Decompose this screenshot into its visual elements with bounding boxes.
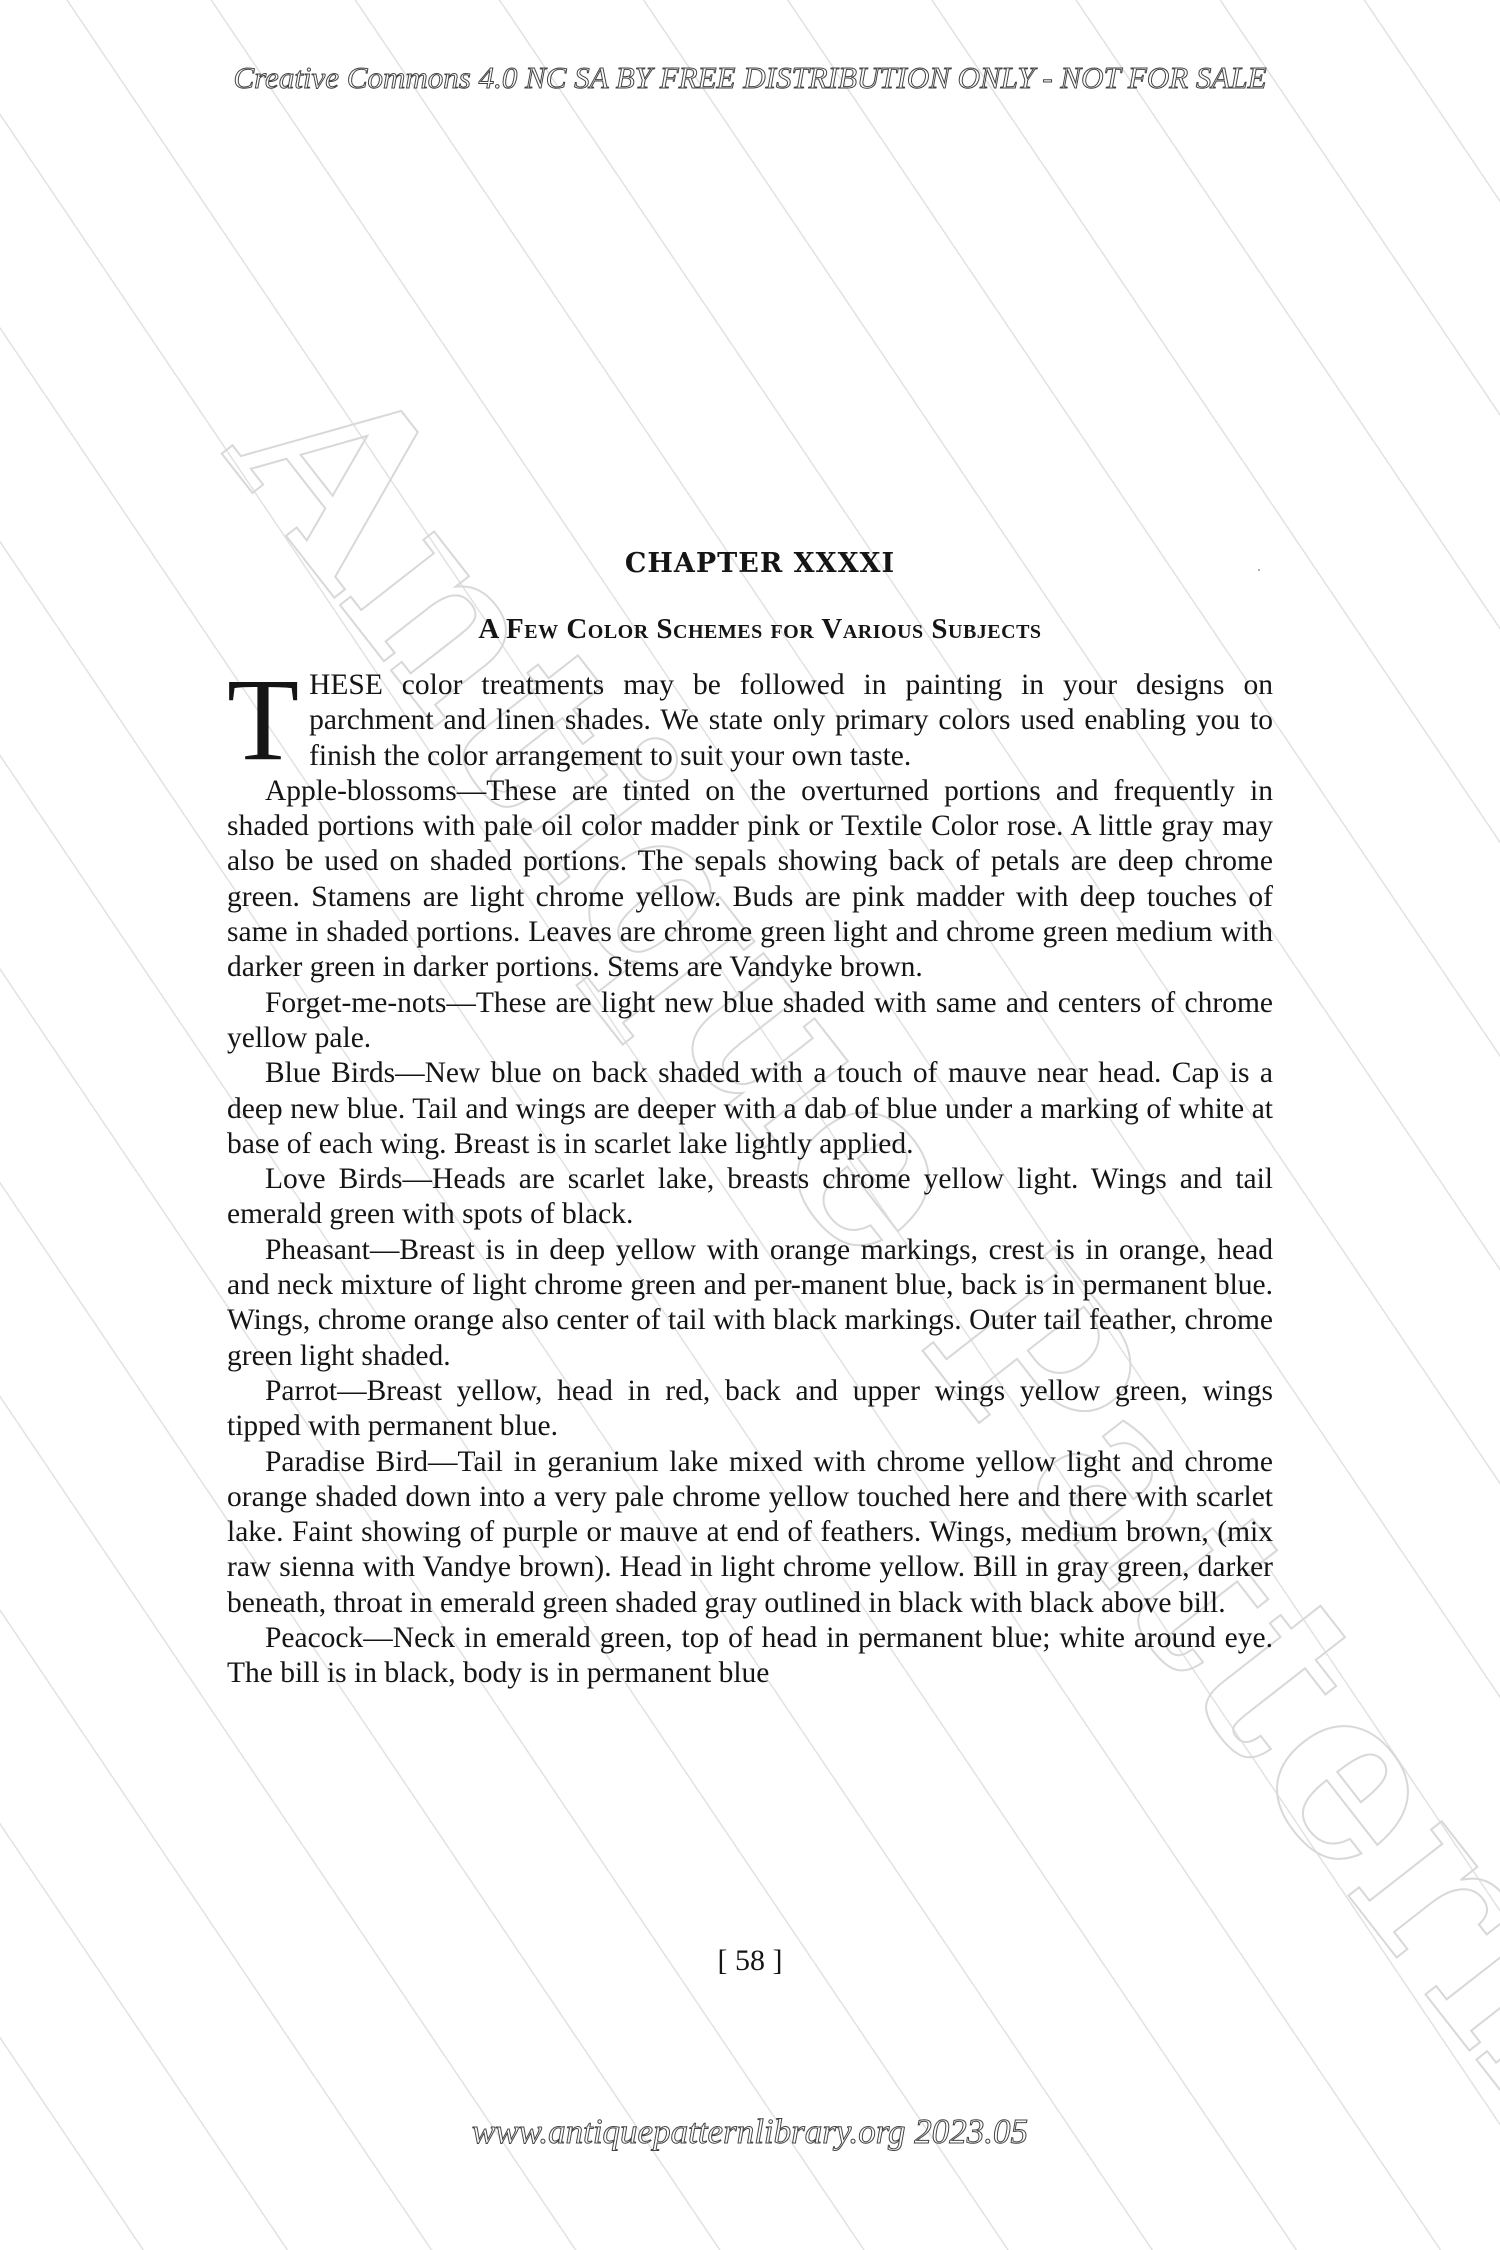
license-notice: Creative Commons 4.0 NC SA BY FREE DISTR… [0, 60, 1500, 96]
paragraph-paradise-bird: Paradise Bird—Tail in geranium lake mixe… [227, 1445, 1273, 1621]
paragraph-pheasant: Pheasant—Breast is in deep yellow with o… [227, 1233, 1273, 1374]
paragraph-peacock: Peacock—Neck in emerald green, top of he… [227, 1621, 1273, 1692]
drop-cap: T [227, 674, 299, 766]
scan-speck [1232, 1574, 1234, 1576]
paragraph-blue-birds: Blue Birds—New blue on back shaded with … [227, 1056, 1273, 1162]
page-content: CHAPTER XXXXI A Few Color Schemes for Va… [227, 548, 1273, 1692]
paragraph-parrot: Parrot—Breast yellow, head in red, back … [227, 1374, 1273, 1445]
intro-text: HESE color treatments may be followed in… [309, 669, 1273, 772]
paragraph-apple-blossoms: Apple-blossoms—These are tinted on the o… [227, 774, 1273, 986]
body-text: THESE color treatments may be followed i… [227, 668, 1273, 1692]
paragraph-forget-me-nots: Forget-me-nots—These are light new blue … [227, 986, 1273, 1057]
intro-paragraph: THESE color treatments may be followed i… [227, 668, 1273, 774]
scan-speck [1258, 569, 1260, 571]
paragraph-love-birds: Love Birds—Heads are scarlet lake, breas… [227, 1162, 1273, 1233]
chapter-subtitle: A Few Color Schemes for Various Subjects [227, 613, 1273, 646]
page-number: [ 58 ] [0, 1944, 1500, 1978]
chapter-title: CHAPTER XXXXI [227, 548, 1273, 579]
footer-url-stamp: www.antiquepatternlibrary.org 2023.05 [0, 2112, 1500, 2152]
